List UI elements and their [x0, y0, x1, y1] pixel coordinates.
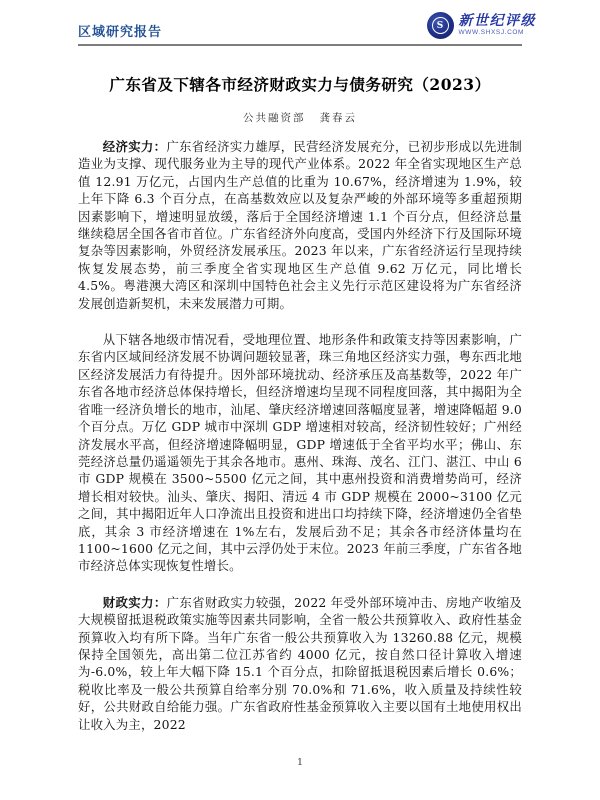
logo-company-name: 新世纪评级	[459, 14, 537, 28]
byline-department: 公共融资部	[243, 112, 306, 124]
document-page: 区域研究报告 S 新世纪评级 WWW.SHXSJ.COM 广东省及下辖各市经济财…	[0, 0, 600, 800]
logo-text-block: 新世纪评级 WWW.SHXSJ.COM	[459, 14, 537, 37]
paragraph-economic-strength: 经济实力：广东省经济实力雄厚，民营经济发展充分，已初步形成以先进制造业为支撑、现…	[78, 138, 522, 312]
byline: 公共融资部龚春云	[78, 110, 522, 125]
paragraph-text: 广东省财政实力较强，2022 年受外部环境冲击、房地产收缩及大规模留抵退税政策实…	[78, 595, 522, 732]
document-body: 经济实力：广东省经济实力雄厚，民营经济发展充分，已初步形成以先进制造业为支撑、现…	[78, 138, 522, 733]
page-number: 1	[0, 757, 600, 768]
emblem-circle-icon: S	[427, 12, 454, 39]
byline-author: 龚春云	[320, 112, 358, 124]
paragraph-lead-label: 财政实力：	[103, 595, 167, 610]
company-logo: S 新世纪评级 WWW.SHXSJ.COM	[427, 12, 537, 39]
paragraph-text: 广东省经济实力雄厚，民营经济发展充分，已初步形成以先进制造业为支撑、现代服务业为…	[78, 139, 522, 311]
paragraph-fiscal-strength: 财政实力：广东省财政实力较强，2022 年受外部环境冲击、房地产收缩及大规模留抵…	[78, 594, 522, 733]
emblem-glyph: S	[432, 17, 449, 34]
paragraph-city-comparison: 从下辖各地级市情况看，受地理位置、地形条件和政策支持等因素影响，广东省内区域间经…	[78, 331, 522, 575]
page-header: 区域研究报告 S 新世纪评级 WWW.SHXSJ.COM	[78, 12, 522, 46]
logo-website-url: WWW.SHXSJ.COM	[459, 30, 537, 37]
page-title: 广东省及下辖各市经济财政实力与债务研究（2023）	[78, 73, 522, 95]
report-type-label: 区域研究报告	[78, 21, 162, 41]
paragraph-text: 从下辖各地级市情况看，受地理位置、地形条件和政策支持等因素影响，广东省内区域间经…	[78, 332, 522, 573]
paragraph-lead-label: 经济实力：	[103, 139, 167, 154]
